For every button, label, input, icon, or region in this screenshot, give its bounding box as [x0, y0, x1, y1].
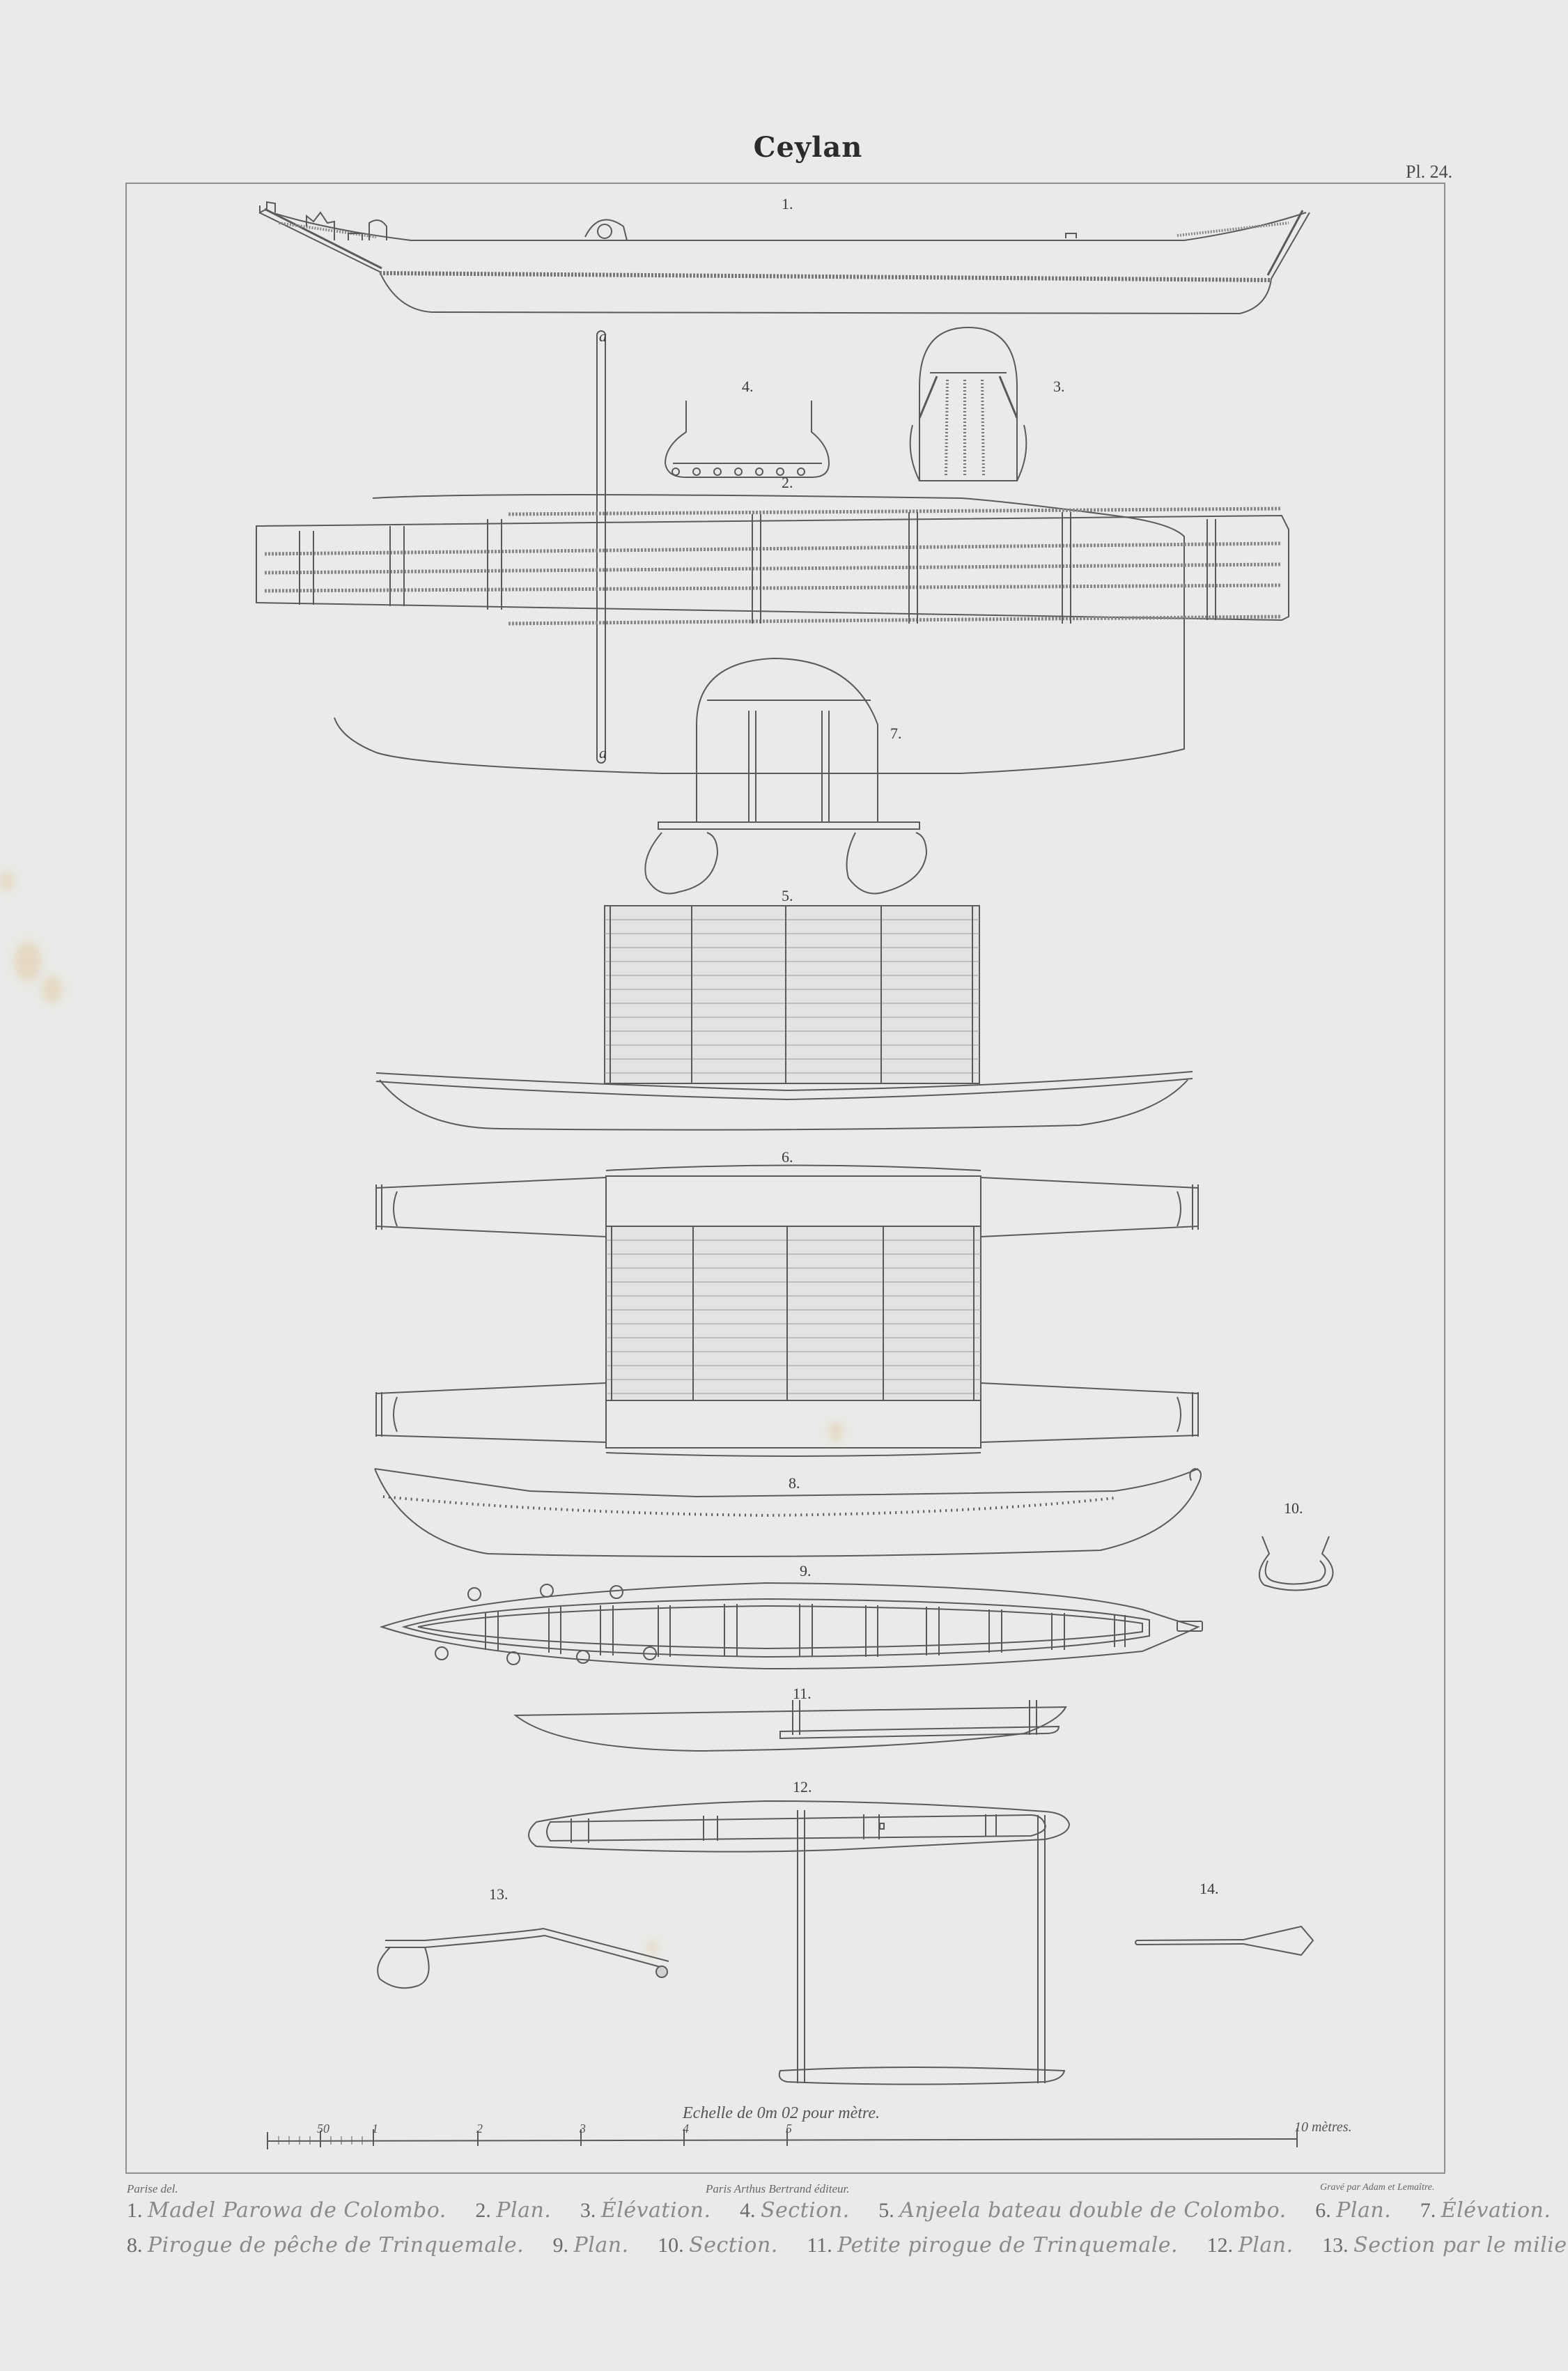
credit-engraver: Gravé par Adam et Lemaître. [1320, 2182, 1434, 2193]
scale-tick-50: 50 [317, 2122, 329, 2136]
caption-2: 2. Plan. [475, 2199, 551, 2222]
caption-7: 7. Élévation. [1420, 2199, 1551, 2222]
credit-publisher: Paris Arthus Bertrand éditeur. [706, 2182, 850, 2196]
figure-3-elevation [910, 327, 1027, 481]
figure-10-section [1259, 1536, 1333, 1591]
figure-11-label: 11. [793, 1685, 812, 1702]
mast-mark-top: a [599, 327, 607, 345]
caption-13: 13. Section par le milieu. [1322, 2234, 1568, 2257]
caption-10: 10. Section. [658, 2234, 778, 2257]
caption-11: 11. Petite pirogue de Trinquemale. [807, 2234, 1178, 2257]
figure-9-label: 9. [800, 1562, 812, 1580]
figure-11-elevation [515, 1700, 1066, 1751]
scale-tick-3: 3 [580, 2122, 586, 2136]
caption-5: 5. Anjeela bateau double de Colombo. [878, 2199, 1287, 2222]
caption-4: 4. Section. [740, 2199, 850, 2222]
figure-1-label: 1. [782, 195, 793, 213]
figure-5-elevation [376, 906, 1193, 1130]
figure-6-plan [376, 1166, 1198, 1457]
figure-13-section [378, 1929, 669, 1988]
figure-9-plan [382, 1583, 1202, 1669]
scale-tick-4: 4 [683, 2122, 689, 2136]
figure-2-label: 2. [782, 474, 793, 491]
caption-12: 12. Plan. [1207, 2234, 1294, 2257]
figure-6-label: 6. [782, 1148, 793, 1166]
figure-10-label: 10. [1284, 1499, 1303, 1517]
caption-row-2: 8. Pirogue de pêche de Trinquemale. 9. P… [127, 2233, 1450, 2257]
scale-tick-2: 2 [476, 2122, 483, 2136]
caption-1: 1. Madel Parowa de Colombo. [127, 2199, 447, 2222]
scale-title: Echelle de 0m 02 pour mètre. [683, 2104, 880, 2123]
caption-3: 3. Élévation. [580, 2199, 711, 2222]
figure-8-label: 8. [789, 1474, 800, 1492]
caption-6: 6. Plan. [1315, 2199, 1391, 2222]
mast [597, 331, 605, 763]
figure-14-label: 14. [1200, 1880, 1219, 1897]
figure-12-plan [529, 1801, 1069, 2085]
figure-7-elevation [645, 658, 926, 894]
figure-2-plan [256, 495, 1289, 773]
figure-7-label: 7. [890, 725, 902, 742]
figure-12-label: 12. [793, 1778, 812, 1795]
mast-mark-bottom: a [599, 744, 607, 762]
figure-5-label: 5. [782, 887, 793, 904]
figure-4-section [665, 401, 829, 477]
figure-3-label: 3. [1053, 378, 1065, 395]
caption-8: 8. Pirogue de pêche de Trinquemale. [127, 2234, 524, 2257]
figure-4-label: 4. [742, 378, 754, 395]
figure-8-elevation [375, 1469, 1201, 1557]
figure-13-label: 13. [489, 1885, 509, 1903]
caption-9: 9. Plan. [553, 2234, 629, 2257]
scale-bar [267, 2129, 1297, 2149]
scale-end-label: 10 mètres. [1294, 2119, 1352, 2136]
scale-tick-1: 1 [372, 2122, 378, 2136]
figure-1-madel-parowa-elevation [259, 202, 1310, 314]
engraving-drawings: 1. a a 4. 2. 3. [0, 0, 1568, 2371]
credit-draughtsman: Parise del. [127, 2182, 178, 2196]
caption-row-1: 1. Madel Parowa de Colombo. 2. Plan. 3. … [127, 2198, 1450, 2223]
figure-14-paddle [1135, 1926, 1313, 1955]
scale-tick-5: 5 [786, 2122, 792, 2136]
